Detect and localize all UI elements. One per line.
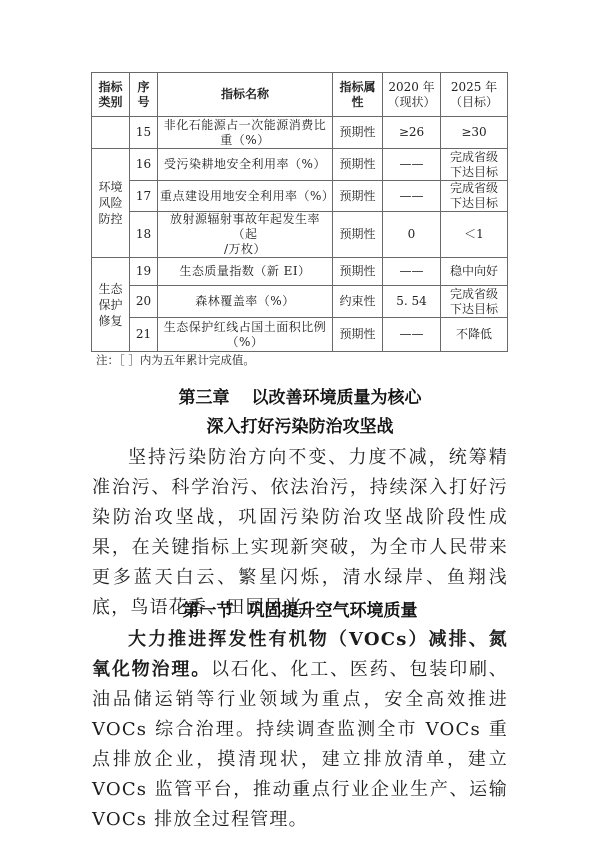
value-2025: 完成省级下达目标	[441, 286, 508, 318]
header-index: 序号	[130, 73, 158, 117]
indicator-table: 指标类别 序号 指标名称 指标属性 2020 年（现状） 2025 年（目标） …	[91, 72, 508, 352]
indicator-attribute: 预期性	[333, 258, 383, 286]
indicator-name: 非化石能源占一次能源消费比重（%）	[158, 117, 333, 149]
table-row: 环境风险防控 16 受污染耕地安全利用率（%） 预期性 —— 完成省级下达目标	[92, 149, 508, 181]
indicator-attribute: 约束性	[333, 286, 383, 318]
value-2025: ≥30	[441, 117, 508, 149]
document-page: 指标类别 序号 指标名称 指标属性 2020 年（现状） 2025 年（目标） …	[0, 0, 600, 848]
table-header-row: 指标类别 序号 指标名称 指标属性 2020 年（现状） 2025 年（目标）	[92, 73, 508, 117]
indicator-name: 重点建设用地安全利用率（%）	[158, 181, 333, 212]
value-2025: 不降低	[441, 318, 508, 352]
indicator-name: 生态质量指数（新 EI）	[158, 258, 333, 286]
row-index: 20	[130, 286, 158, 318]
indicator-attribute: 预期性	[333, 318, 383, 352]
indicator-name: 放射源辐射事故年起发生率（起/万枚）	[158, 212, 333, 258]
chapter-number: 第三章	[179, 388, 230, 408]
header-category: 指标类别	[92, 73, 130, 117]
value-2025: ＜1	[441, 212, 508, 258]
table-row: 生态保护修复 19 生态质量指数（新 EI） 预期性 —— 稳中向好	[92, 258, 508, 286]
indicator-name: 生态保护红线占国土面积比例（%）	[158, 318, 333, 352]
category-cell-empty	[92, 117, 130, 149]
value-2025: 完成省级下达目标	[441, 149, 508, 181]
indicator-attribute: 预期性	[333, 212, 383, 258]
paragraph-body: 以石化、化工、医药、包装印刷、油品储运销等行业领域为重点，安全高效推进 VOCs…	[92, 659, 508, 830]
chapter-title-line2: 深入打好污染防治攻坚战	[0, 412, 600, 437]
value-2025: 稳中向好	[441, 258, 508, 286]
value-2020: ≥26	[383, 117, 441, 149]
page-number: 17	[0, 786, 600, 797]
section-heading: 第一节巩固提升空气环境质量	[0, 596, 600, 621]
section-title: 巩固提升空气环境质量	[248, 601, 418, 621]
header-2025: 2025 年（目标）	[441, 73, 508, 117]
value-2020: ——	[383, 181, 441, 212]
row-index: 21	[130, 318, 158, 352]
table-row: 17 重点建设用地安全利用率（%） 预期性 —— 完成省级下达目标	[92, 181, 508, 212]
row-index: 18	[130, 212, 158, 258]
value-2020: 5. 54	[383, 286, 441, 318]
row-index: 17	[130, 181, 158, 212]
chapter-title-line1: 以改善环境质量为核心	[252, 388, 422, 408]
value-2020: ——	[383, 149, 441, 181]
row-index: 16	[130, 149, 158, 181]
category-cell: 环境风险防控	[92, 149, 130, 258]
value-2020: 0	[383, 212, 441, 258]
body-paragraph: 大力推进挥发性有机物（VOCs）减排、氮氧化物治理。以石化、化工、医药、包装印刷…	[92, 625, 508, 835]
value-2025: 完成省级下达目标	[441, 181, 508, 212]
row-index: 15	[130, 117, 158, 149]
value-2020: ——	[383, 258, 441, 286]
header-attribute: 指标属性	[333, 73, 383, 117]
value-2020: ——	[383, 318, 441, 352]
chapter-heading: 第三章以改善环境质量为核心	[0, 383, 600, 408]
category-cell: 生态保护修复	[92, 258, 130, 352]
table-row: 21 生态保护红线占国土面积比例（%） 预期性 —— 不降低	[92, 318, 508, 352]
table-row: 20 森林覆盖率（%） 约束性 5. 54 完成省级下达目标	[92, 286, 508, 318]
indicator-name: 受污染耕地安全利用率（%）	[158, 149, 333, 181]
indicator-attribute: 预期性	[333, 149, 383, 181]
section-number: 第一节	[183, 601, 234, 621]
row-index: 19	[130, 258, 158, 286]
table-note: 注：［ ］内为五年累计完成值。	[96, 352, 255, 368]
table-row: 18 放射源辐射事故年起发生率（起/万枚） 预期性 0 ＜1	[92, 212, 508, 258]
header-name: 指标名称	[158, 73, 333, 117]
indicator-name: 森林覆盖率（%）	[158, 286, 333, 318]
table-row: 15 非化石能源占一次能源消费比重（%） 预期性 ≥26 ≥30	[92, 117, 508, 149]
header-2020: 2020 年（现状）	[383, 73, 441, 117]
indicator-attribute: 预期性	[333, 117, 383, 149]
indicator-attribute: 预期性	[333, 181, 383, 212]
